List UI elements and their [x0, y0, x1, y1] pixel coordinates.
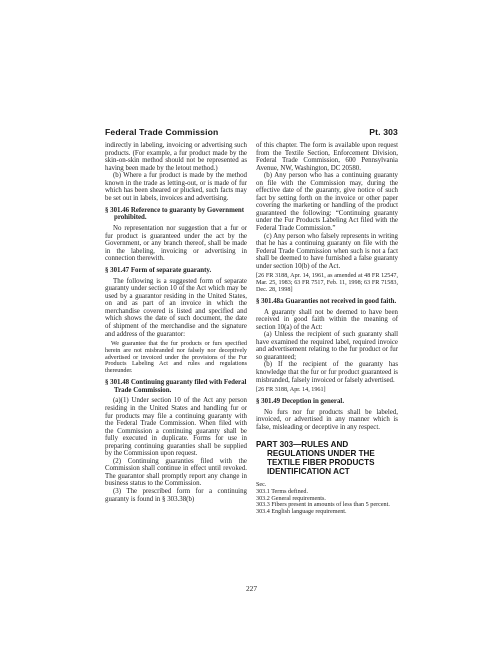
toc-entry: 303.1 Terms defined.: [256, 489, 398, 496]
paragraph: (b) Any person who has a continuing guar…: [256, 172, 398, 232]
guaranty-form-text: We guarantee that the fur products or fu…: [105, 341, 247, 375]
section-heading: § 301.48a Guaranties not received in goo…: [256, 298, 398, 306]
paragraph: No representation nor suggestion that a …: [105, 225, 247, 263]
left-column: indirectly in labeling, invoicing or adv…: [105, 142, 247, 516]
section-heading: § 301.46 Reference to guaranty by Govern…: [105, 207, 247, 222]
paragraph: (b) Where a fur product is made by the m…: [105, 172, 247, 202]
paragraph: The following is a suggested form of sep…: [105, 278, 247, 338]
running-head-title: Federal Trade Commission: [105, 127, 218, 137]
toc-label: Sec.: [256, 482, 398, 489]
part-heading: PART 303—RULES AND REGULATIONS UNDER THE…: [256, 440, 398, 477]
running-head-part: Pt. 303: [369, 127, 398, 137]
section-heading: § 301.47 Form of separate guaranty.: [105, 267, 247, 275]
section-heading: § 301.49 Deception in general.: [256, 398, 398, 406]
paragraph: (b) If the recipient of the guaranty has…: [256, 361, 398, 384]
paragraph: (a) Unless the recipient of such guarant…: [256, 331, 398, 361]
text-body: indirectly in labeling, invoicing or adv…: [105, 142, 398, 516]
source-citation: [26 FR 3188, Apr. 14, 1961]: [256, 387, 398, 394]
section-heading: § 301.48 Continuing guaranty filed with …: [105, 379, 247, 394]
toc-entry: 303.3 Fibers present in amounts of less …: [256, 502, 398, 509]
toc-entry: 303.4 English language requirement.: [256, 509, 398, 516]
paragraph: (2) Continuing guaranties filed with the…: [105, 458, 247, 488]
paragraph: No furs nor fur products shall be labele…: [256, 409, 398, 432]
paragraph: of this chapter. The form is available u…: [256, 142, 398, 172]
paragraph: A guaranty shall not be deemed to have b…: [256, 309, 398, 332]
source-citation: [26 FR 3188, Apr. 14, 1961, as amended a…: [256, 273, 398, 293]
page-number: 227: [105, 584, 398, 593]
paragraph: indirectly in labeling, invoicing or adv…: [105, 142, 247, 172]
paragraph: (c) Any person who falsely represents in…: [256, 233, 398, 271]
paragraph: (a)(1) Under section 10 of the Act any p…: [105, 397, 247, 457]
document-page: Federal Trade Commission Pt. 303 indirec…: [0, 0, 502, 649]
running-head: Federal Trade Commission Pt. 303: [105, 127, 398, 137]
paragraph: (3) The prescribed form for a continuing…: [105, 488, 247, 503]
right-column: of this chapter. The form is available u…: [256, 142, 398, 516]
